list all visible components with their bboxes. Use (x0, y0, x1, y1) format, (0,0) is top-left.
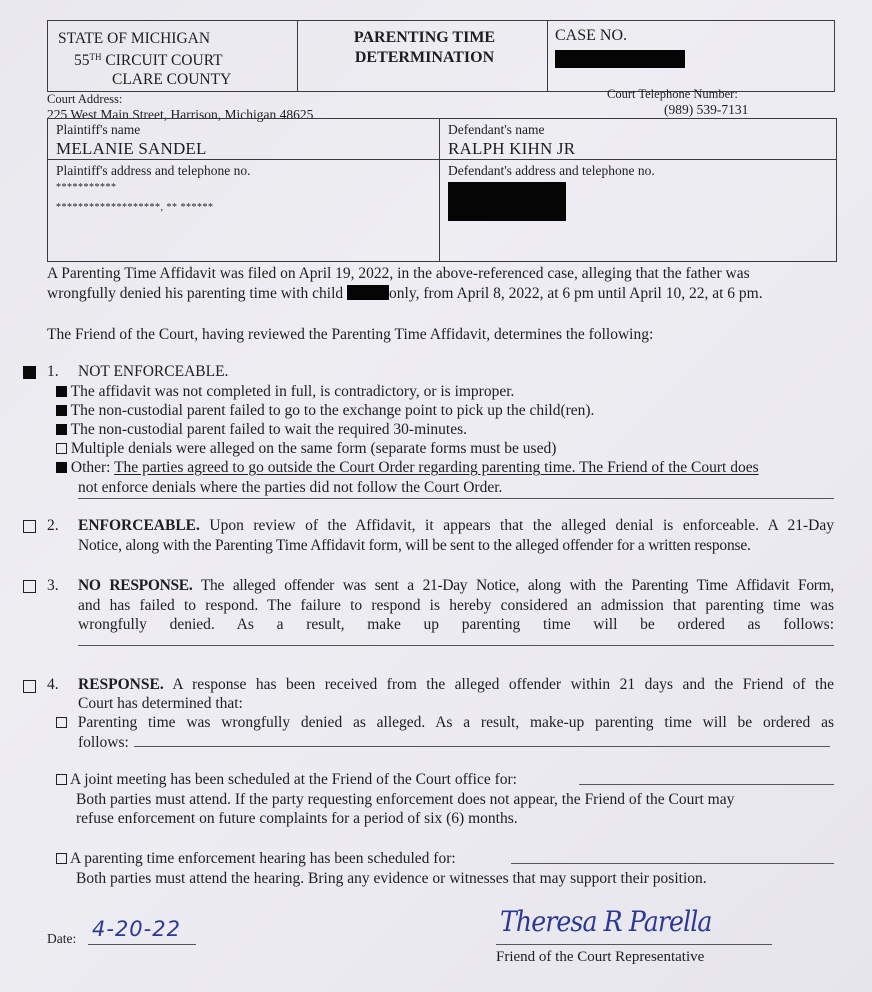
item-4-sub-3-fill-line[interactable] (511, 863, 834, 864)
circuit-court: 55TH CIRCUIT COURT (58, 48, 297, 70)
sub-3-checkbox[interactable] (56, 424, 67, 435)
date-value[interactable]: 4-20-22 (92, 917, 181, 941)
item-3-fill-line[interactable] (78, 645, 834, 646)
item-4-line1: RESPONSE. A response has been received f… (78, 675, 834, 695)
item-4-sub-3-checkbox[interactable] (56, 853, 67, 864)
defendant-address-cell: Defendant's address and telephone no. (440, 160, 836, 261)
item-4-sub-2-line2: Both parties must attend. If the party r… (76, 790, 838, 810)
date-line (88, 944, 196, 945)
item-4-sub-2-line3: refuse enforcement on future complaints … (76, 809, 518, 829)
item-4-checkbox[interactable] (23, 679, 36, 697)
court-address-label: Court Address: (47, 92, 122, 107)
county-name: CLARE COUNTY (58, 70, 297, 89)
signature-line (496, 944, 772, 945)
item-3-line3: wrongfully denied. As a result, make up … (78, 615, 834, 635)
item-4-line2: Court has determined that: (78, 694, 243, 714)
item-3-checkbox[interactable] (23, 579, 36, 597)
signature[interactable]: Theresa R Parella (500, 905, 712, 938)
item-3-line1: NO RESPONSE. The alleged offender was se… (78, 576, 834, 596)
plaintiff-address-line2: *******************, ** ****** (56, 202, 431, 213)
case-number-block: CASE NO. (548, 21, 834, 91)
court-phone-label: Court Telephone Number: (607, 87, 738, 102)
court-phone: (989) 539-7131 (664, 102, 748, 118)
parties-table: Plaintiff's name MELANIE SANDEL Defendan… (47, 118, 837, 262)
other-reason: The parties agreed to go outside the Cou… (114, 459, 759, 476)
plaintiff-name-cell: Plaintiff's name MELANIE SANDEL (48, 119, 440, 160)
court-name-block: STATE OF MICHIGAN 55TH CIRCUIT COURT CLA… (48, 21, 298, 91)
item-1-number: 1. (47, 362, 59, 382)
signer-label: Friend of the Court Representative (496, 949, 704, 966)
defendant-address-redacted (448, 182, 566, 221)
item-4-sub-3-line2: Both parties must attend the hearing. Br… (76, 869, 707, 889)
item-2-line1: ENFORCEABLE. Upon review of the Affidavi… (78, 516, 834, 536)
item-1-title: NOT ENFORCEABLE. (78, 362, 228, 382)
determination-statement: The Friend of the Court, having reviewed… (47, 325, 653, 345)
state-name: STATE OF MICHIGAN (58, 29, 297, 48)
case-no-redacted (555, 50, 685, 68)
other-reason-line2: not enforce denials where the parties di… (78, 478, 834, 499)
item-3-number: 3. (47, 576, 59, 596)
sub-2-checkbox[interactable] (56, 405, 67, 416)
item-1-sub-1: The affidavit was not completed in full,… (56, 382, 514, 402)
plaintiff-name: MELANIE SANDEL (56, 139, 431, 159)
item-4-sub-1: Parenting time was wrongfully denied as … (56, 713, 834, 733)
sub-4-checkbox[interactable] (56, 443, 67, 454)
plaintiff-address-cell: Plaintiff's address and telephone no. **… (48, 160, 440, 261)
item-1-sub-4: Multiple denials were alleged on the sam… (56, 439, 556, 459)
item-4-sub-3: A parenting time enforcement hearing has… (56, 849, 456, 869)
item-1-sub-2: The non-custodial parent failed to go to… (56, 401, 594, 421)
sub-other-checkbox[interactable] (56, 462, 67, 473)
item-1-checkbox[interactable] (23, 365, 36, 383)
item-1-sub-other: Other: The parties agreed to go outside … (56, 458, 836, 478)
item-4-sub-2-checkbox[interactable] (56, 774, 67, 785)
case-no-label: CASE NO. (555, 27, 834, 45)
item-2-line2: Notice, along with the Parenting Time Af… (78, 536, 838, 556)
sub-1-checkbox[interactable] (56, 386, 67, 397)
defendant-name-cell: Defendant's name RALPH KIHN JR (440, 119, 836, 160)
form-title: PARENTING TIME DETERMINATION (298, 21, 548, 91)
item-1-sub-3: The non-custodial parent failed to wait … (56, 420, 467, 440)
item-4-number: 4. (47, 675, 59, 695)
defendant-name: RALPH KIHN JR (448, 139, 828, 159)
item-4-sub-1-line2: follows: (78, 733, 129, 753)
item-4-sub-2: A joint meeting has been scheduled at th… (56, 770, 517, 790)
item-4-sub-2-fill-line[interactable] (579, 784, 834, 785)
intro-paragraph: A Parenting Time Affidavit was filed on … (47, 264, 837, 304)
item-3-line2: and has failed to respond. The failure t… (78, 596, 834, 616)
item-2-checkbox[interactable] (23, 519, 36, 537)
child-name-redacted (347, 285, 389, 300)
date-label: Date: (47, 931, 76, 947)
item-2-number: 2. (47, 516, 59, 536)
item-4-sub-1-checkbox[interactable] (56, 717, 67, 728)
item-4-sub-1-fill-line[interactable] (134, 746, 830, 747)
plaintiff-address-line1: *********** (56, 182, 431, 193)
header-table: STATE OF MICHIGAN 55TH CIRCUIT COURT CLA… (47, 20, 835, 92)
